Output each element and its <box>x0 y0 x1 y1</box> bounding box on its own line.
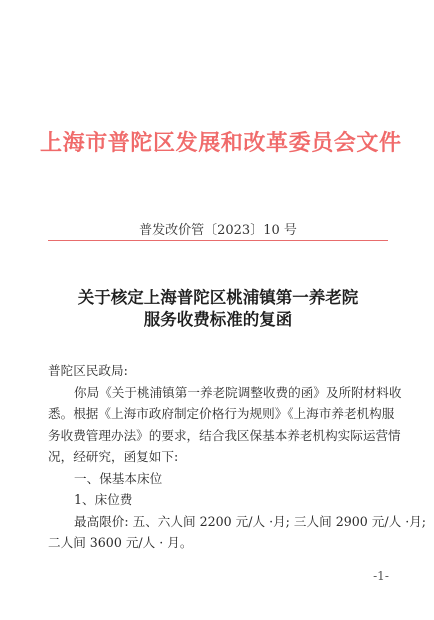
page-number: -1- <box>366 568 396 584</box>
body-line: 悉。根据《上海市政府制定价格行为规则》《上海市养老机构服 <box>48 403 390 425</box>
price-line: 最高限价: 五、六人间 2200 元/人 ·月; 三人间 2900 元/人 ·月… <box>48 511 390 533</box>
document-page: 上海市普陀区发展和改革委员会文件 普发改价管〔2023〕10 号 关于核定上海普… <box>0 0 434 620</box>
body-line: 你局《关于桃浦镇第一养老院调整收费的函》及所附材料收 <box>48 382 390 404</box>
letter-body: 普陀区民政局: 你局《关于桃浦镇第一养老院调整收费的函》及所附材料收 悉。根据《… <box>48 360 390 554</box>
document-number: 普发改价管〔2023〕10 号 <box>48 222 388 240</box>
subject-title-line-1: 关于核定上海普陀区桃浦镇第一养老院 <box>40 287 396 309</box>
price-line: 二人间 3600 元/人 · 月。 <box>48 532 390 554</box>
body-line: 务收费管理办法》的要求，结合我区保基本养老机构实际运营情 <box>48 425 390 447</box>
subject-title: 关于核定上海普陀区桃浦镇第一养老院 服务收费标准的复函 <box>40 287 396 331</box>
subject-title-line-2: 服务收费标准的复函 <box>40 309 396 331</box>
issuer-title: 上海市普陀区发展和改革委员会文件 <box>40 128 396 158</box>
section-heading: 一、保基本床位 <box>48 468 390 490</box>
subsection-heading: 1、床位费 <box>48 489 390 511</box>
salutation: 普陀区民政局: <box>48 360 390 382</box>
red-divider-line <box>48 240 388 241</box>
body-line: 况，经研究，函复如下: <box>48 446 390 468</box>
